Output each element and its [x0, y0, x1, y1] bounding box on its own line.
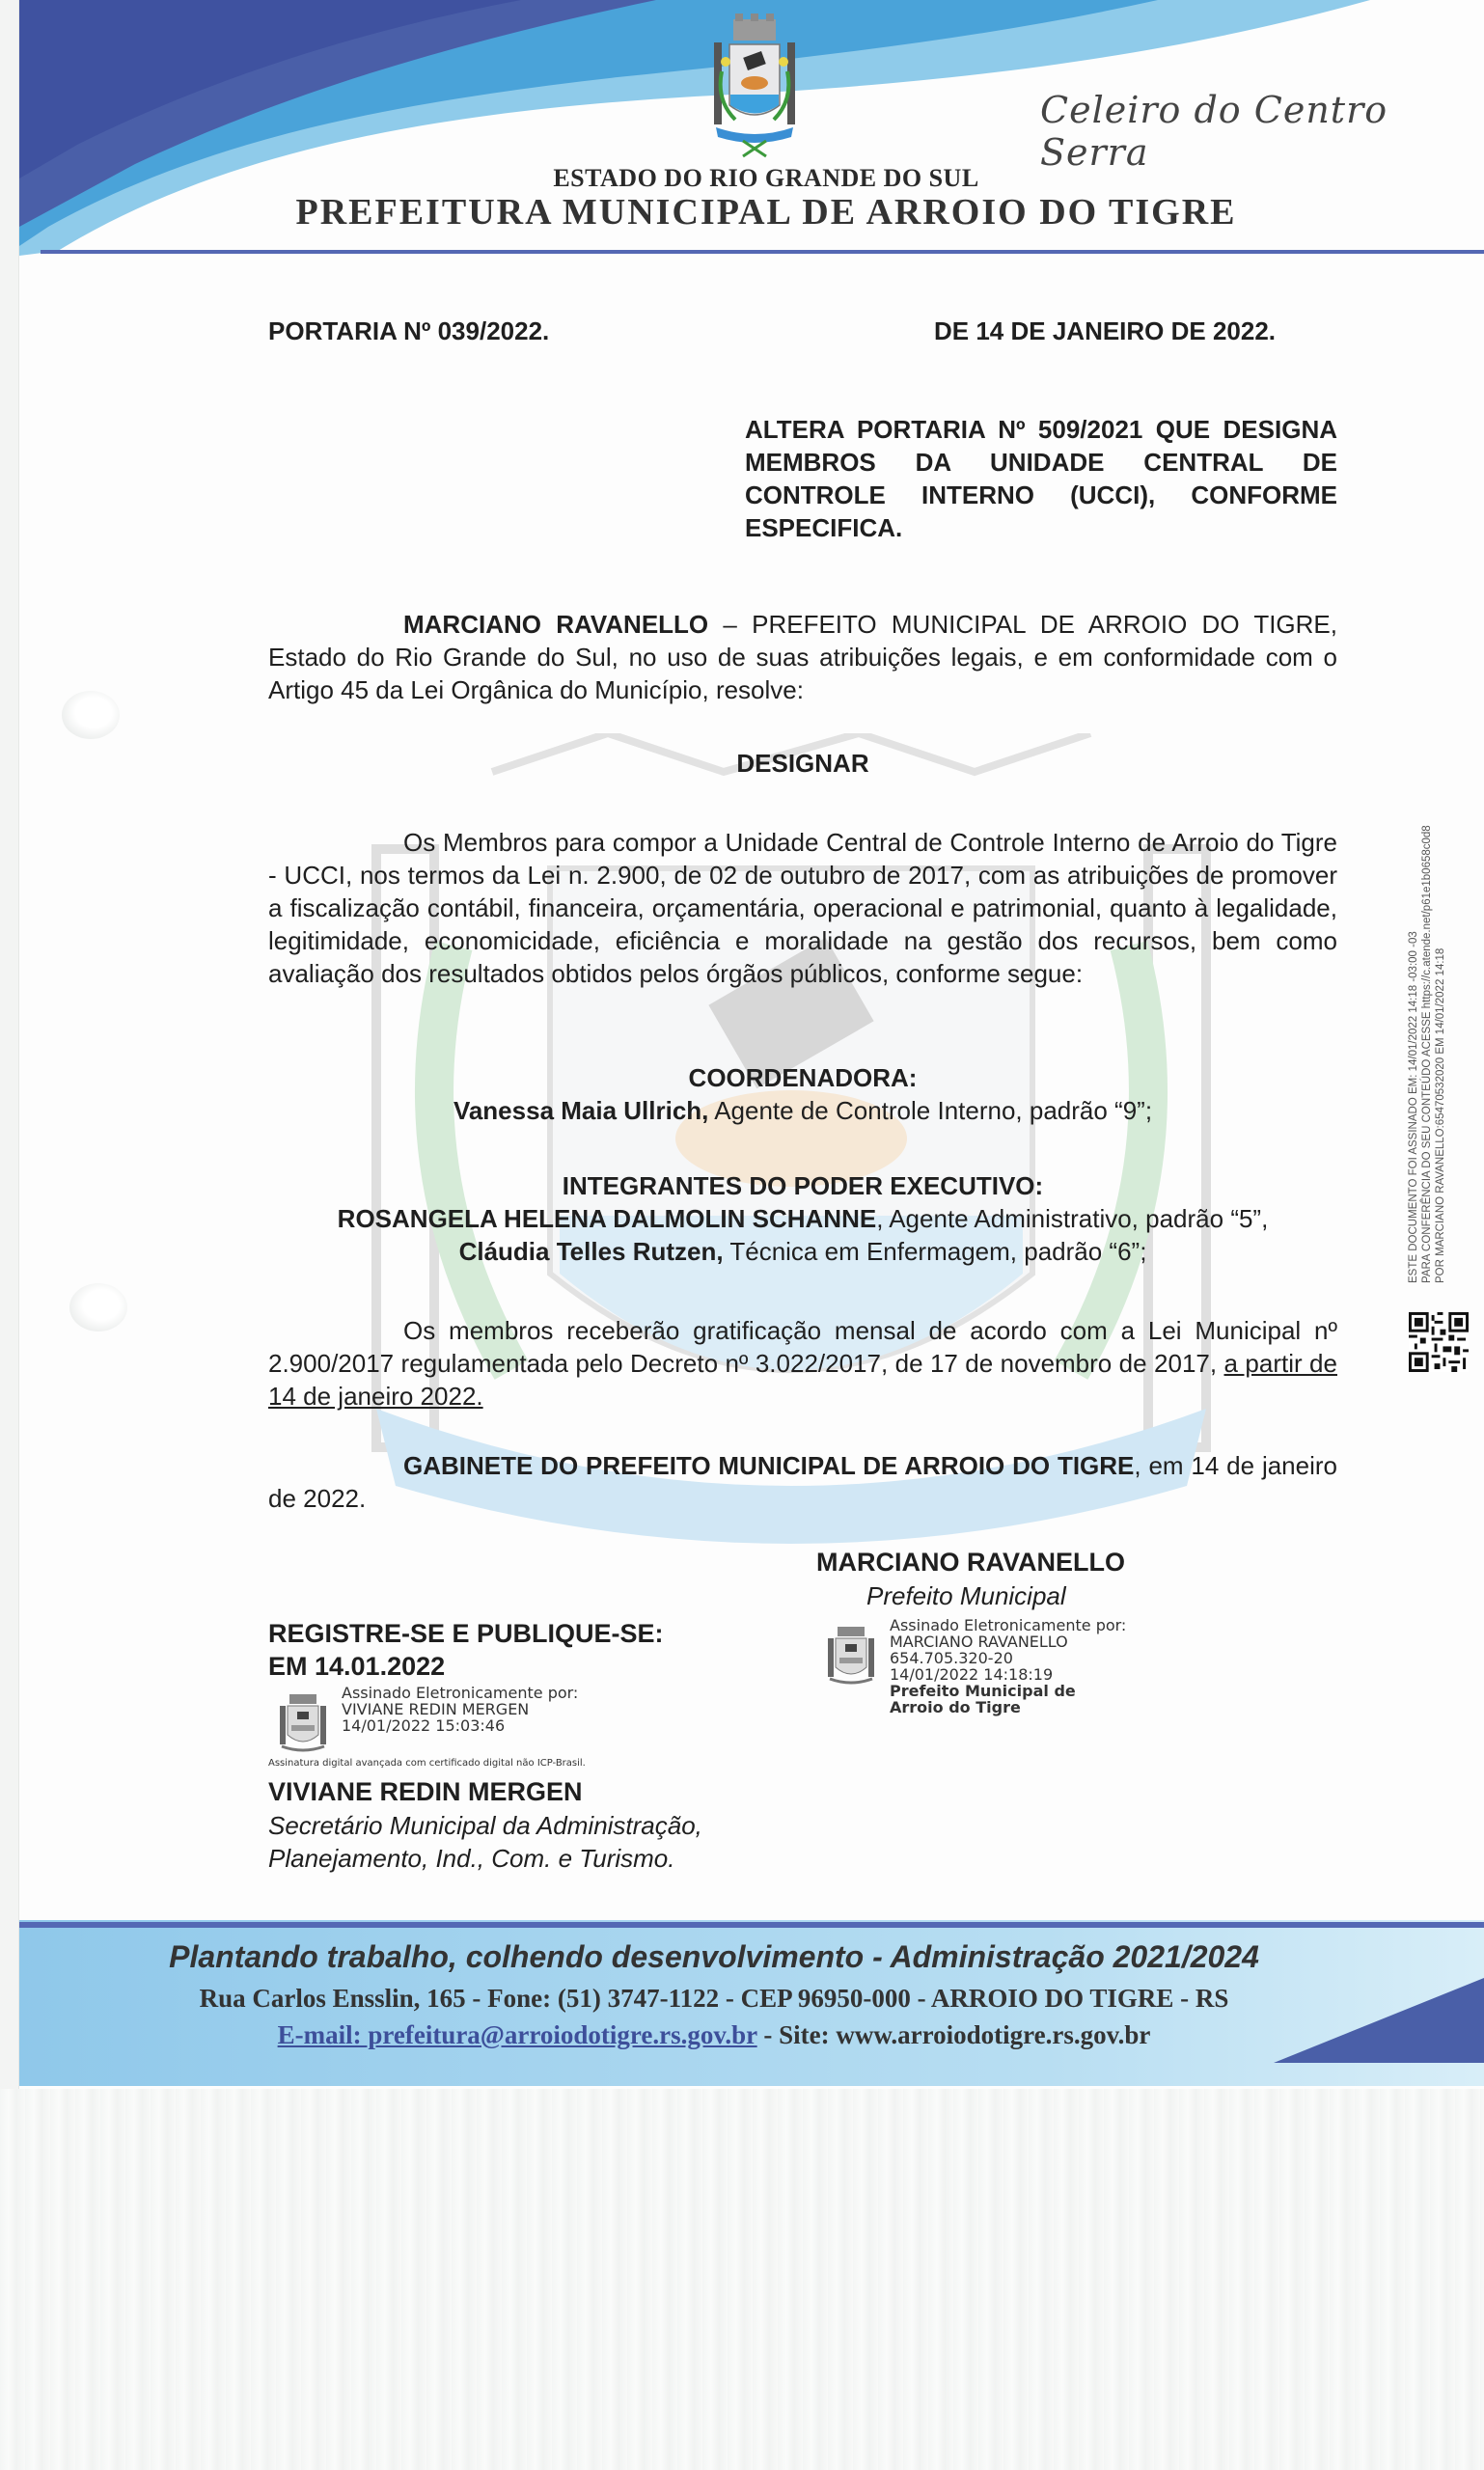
coordinator-name: Vanessa Maia Ullrich,: [453, 1096, 708, 1125]
document-page: [19, 0, 1484, 2089]
member-name: Cláudia Telles Rutzen,: [459, 1237, 724, 1266]
qr-code-icon[interactable]: [1409, 1312, 1469, 1372]
seal-icon: [276, 1692, 330, 1754]
register-label: REGISTRE-SE E PUBLIQUE-SE:: [268, 1617, 664, 1650]
verification-url-line[interactable]: PARA CONFERÊNCIA DO SEU CONTEÚDO ACESSE …: [1420, 782, 1434, 1283]
signature-certificate-note: Assinatura digital avançada com certific…: [268, 1758, 673, 1770]
stamp-cpf: 654.705.320-20: [890, 1650, 1126, 1666]
secretary-role-line: Secretário Municipal da Administração,: [268, 1809, 702, 1842]
letterhead-footer: Plantando trabalho, colhendo desenvolvim…: [19, 1920, 1484, 2086]
closing: GABINETE DO PREFEITO MUNICIPAL DE ARROIO…: [268, 1449, 1337, 1515]
paragraph-2: Os membros receberão gratificação mensal…: [268, 1314, 1337, 1413]
preamble-signer: MARCIANO RAVANELLO: [403, 610, 708, 639]
verification-line: POR MARCIANO RAVANELLO:65470532020 EM 14…: [1434, 782, 1447, 1283]
footer-motto: Plantando trabalho, colhendo desenvolvim…: [19, 1939, 1409, 1975]
member-name: ROSANGELA HELENA DALMOLIN SCHANNE: [338, 1204, 877, 1233]
secretary-role: Secretário Municipal da Administração, P…: [268, 1809, 702, 1875]
scan-background: [0, 2089, 1484, 2470]
executive-member: ROSANGELA HELENA DALMOLIN SCHANNE, Agent…: [261, 1202, 1345, 1235]
mayor-signature-block: MARCIANO RAVANELLO Prefeito Municipal As…: [816, 1548, 1126, 1715]
verification-line: ESTE DOCUMENTO FOI ASSINADO EM: 14/01/20…: [1407, 782, 1420, 1283]
municipal-crest-icon: [706, 14, 803, 158]
secretary-name: VIVIANE REDIN MERGEN: [268, 1777, 702, 1807]
preamble: MARCIANO RAVANELLO – PREFEITO MUNICIPAL …: [268, 608, 1337, 706]
header-slogan: Celeiro do Centro Serra: [1040, 89, 1484, 174]
stamp-signer: MARCIANO RAVANELLO: [890, 1633, 1126, 1650]
stamp-timestamp: 14/01/2022 14:18:19: [890, 1666, 1126, 1683]
stamp-timestamp: 14/01/2022 15:03:46: [342, 1717, 578, 1734]
closing-office: GABINETE DO PREFEITO MUNICIPAL DE ARROIO…: [403, 1451, 1134, 1480]
letterhead: Celeiro do Centro Serra ESTADO DO RIO GR…: [19, 0, 1484, 256]
secretary-signature-block: Assinado Eletronicamente por: VIVIANE RE…: [268, 1685, 702, 1875]
register-date: EM 14.01.2022: [268, 1650, 664, 1683]
paragraph-2-text: Os membros receberão gratificação mensal…: [268, 1316, 1337, 1378]
ementa: ALTERA PORTARIA Nº 509/2021 QUE DESIGNA …: [745, 413, 1337, 544]
portaria-date: DE 14 DE JANEIRO DE 2022.: [934, 316, 1276, 346]
mayor-e-signature-stamp: Assinado Eletronicamente por: MARCIANO R…: [824, 1617, 1126, 1715]
punch-hole: [69, 1283, 127, 1331]
verification-sidebar: ESTE DOCUMENTO FOI ASSINADO EM: 14/01/20…: [1407, 782, 1447, 1283]
footer-site[interactable]: - Site: www.arroiodotigre.rs.gov.br: [757, 2020, 1151, 2049]
footer-address: Rua Carlos Ensslin, 165 - Fone: (51) 374…: [19, 1984, 1409, 2014]
stamp-title: Prefeito Municipal de: [890, 1683, 1126, 1699]
stamp-title-2: Arroio do Tigre: [890, 1699, 1126, 1715]
member-role: , Agente Administrativo, padrão “5”,: [876, 1204, 1268, 1233]
mayor-name: MARCIANO RAVANELLO: [816, 1548, 1126, 1578]
header-state: ESTADO DO RIO GRANDE DO SUL: [19, 164, 1484, 193]
seal-icon: [824, 1625, 878, 1687]
header-divider: [41, 250, 1484, 254]
coordinator-heading: COORDENADORA:: [268, 1061, 1337, 1094]
header-institution: PREFEITURA MUNICIPAL DE ARROIO DO TIGRE: [19, 191, 1484, 233]
footer-email-link[interactable]: E-mail: prefeitura@arroiodotigre.rs.gov.…: [278, 2020, 757, 2049]
coordinator-entry: Vanessa Maia Ullrich, Agente de Controle…: [268, 1094, 1337, 1127]
footer-contact: E-mail: prefeitura@arroiodotigre.rs.gov.…: [19, 2020, 1409, 2050]
coordinator-role: Agente de Controle Interno, padrão “9”;: [708, 1096, 1152, 1125]
register-publish: REGISTRE-SE E PUBLIQUE-SE: EM 14.01.2022: [268, 1617, 664, 1683]
stamp-signer: VIVIANE REDIN MERGEN: [342, 1701, 578, 1717]
stamp-line: Assinado Eletronicamente por:: [890, 1617, 1126, 1633]
action-heading: DESIGNAR: [268, 747, 1337, 780]
member-role: Técnica em Enfermagem, padrão “6”;: [724, 1237, 1147, 1266]
executive-member: Cláudia Telles Rutzen, Técnica em Enferm…: [268, 1235, 1337, 1268]
secretary-role-line: Planejamento, Ind., Com. e Turismo.: [268, 1842, 702, 1875]
executive-heading: INTEGRANTES DO PODER EXECUTIVO:: [268, 1169, 1337, 1202]
secretary-e-signature-stamp: Assinado Eletronicamente por: VIVIANE RE…: [276, 1685, 702, 1754]
paragraph-1: Os Membros para compor a Unidade Central…: [268, 826, 1337, 990]
portaria-number: PORTARIA Nº 039/2022.: [268, 316, 549, 346]
mayor-role: Prefeito Municipal: [816, 1581, 1126, 1611]
stamp-line: Assinado Eletronicamente por:: [342, 1685, 578, 1701]
punch-hole: [62, 691, 120, 739]
